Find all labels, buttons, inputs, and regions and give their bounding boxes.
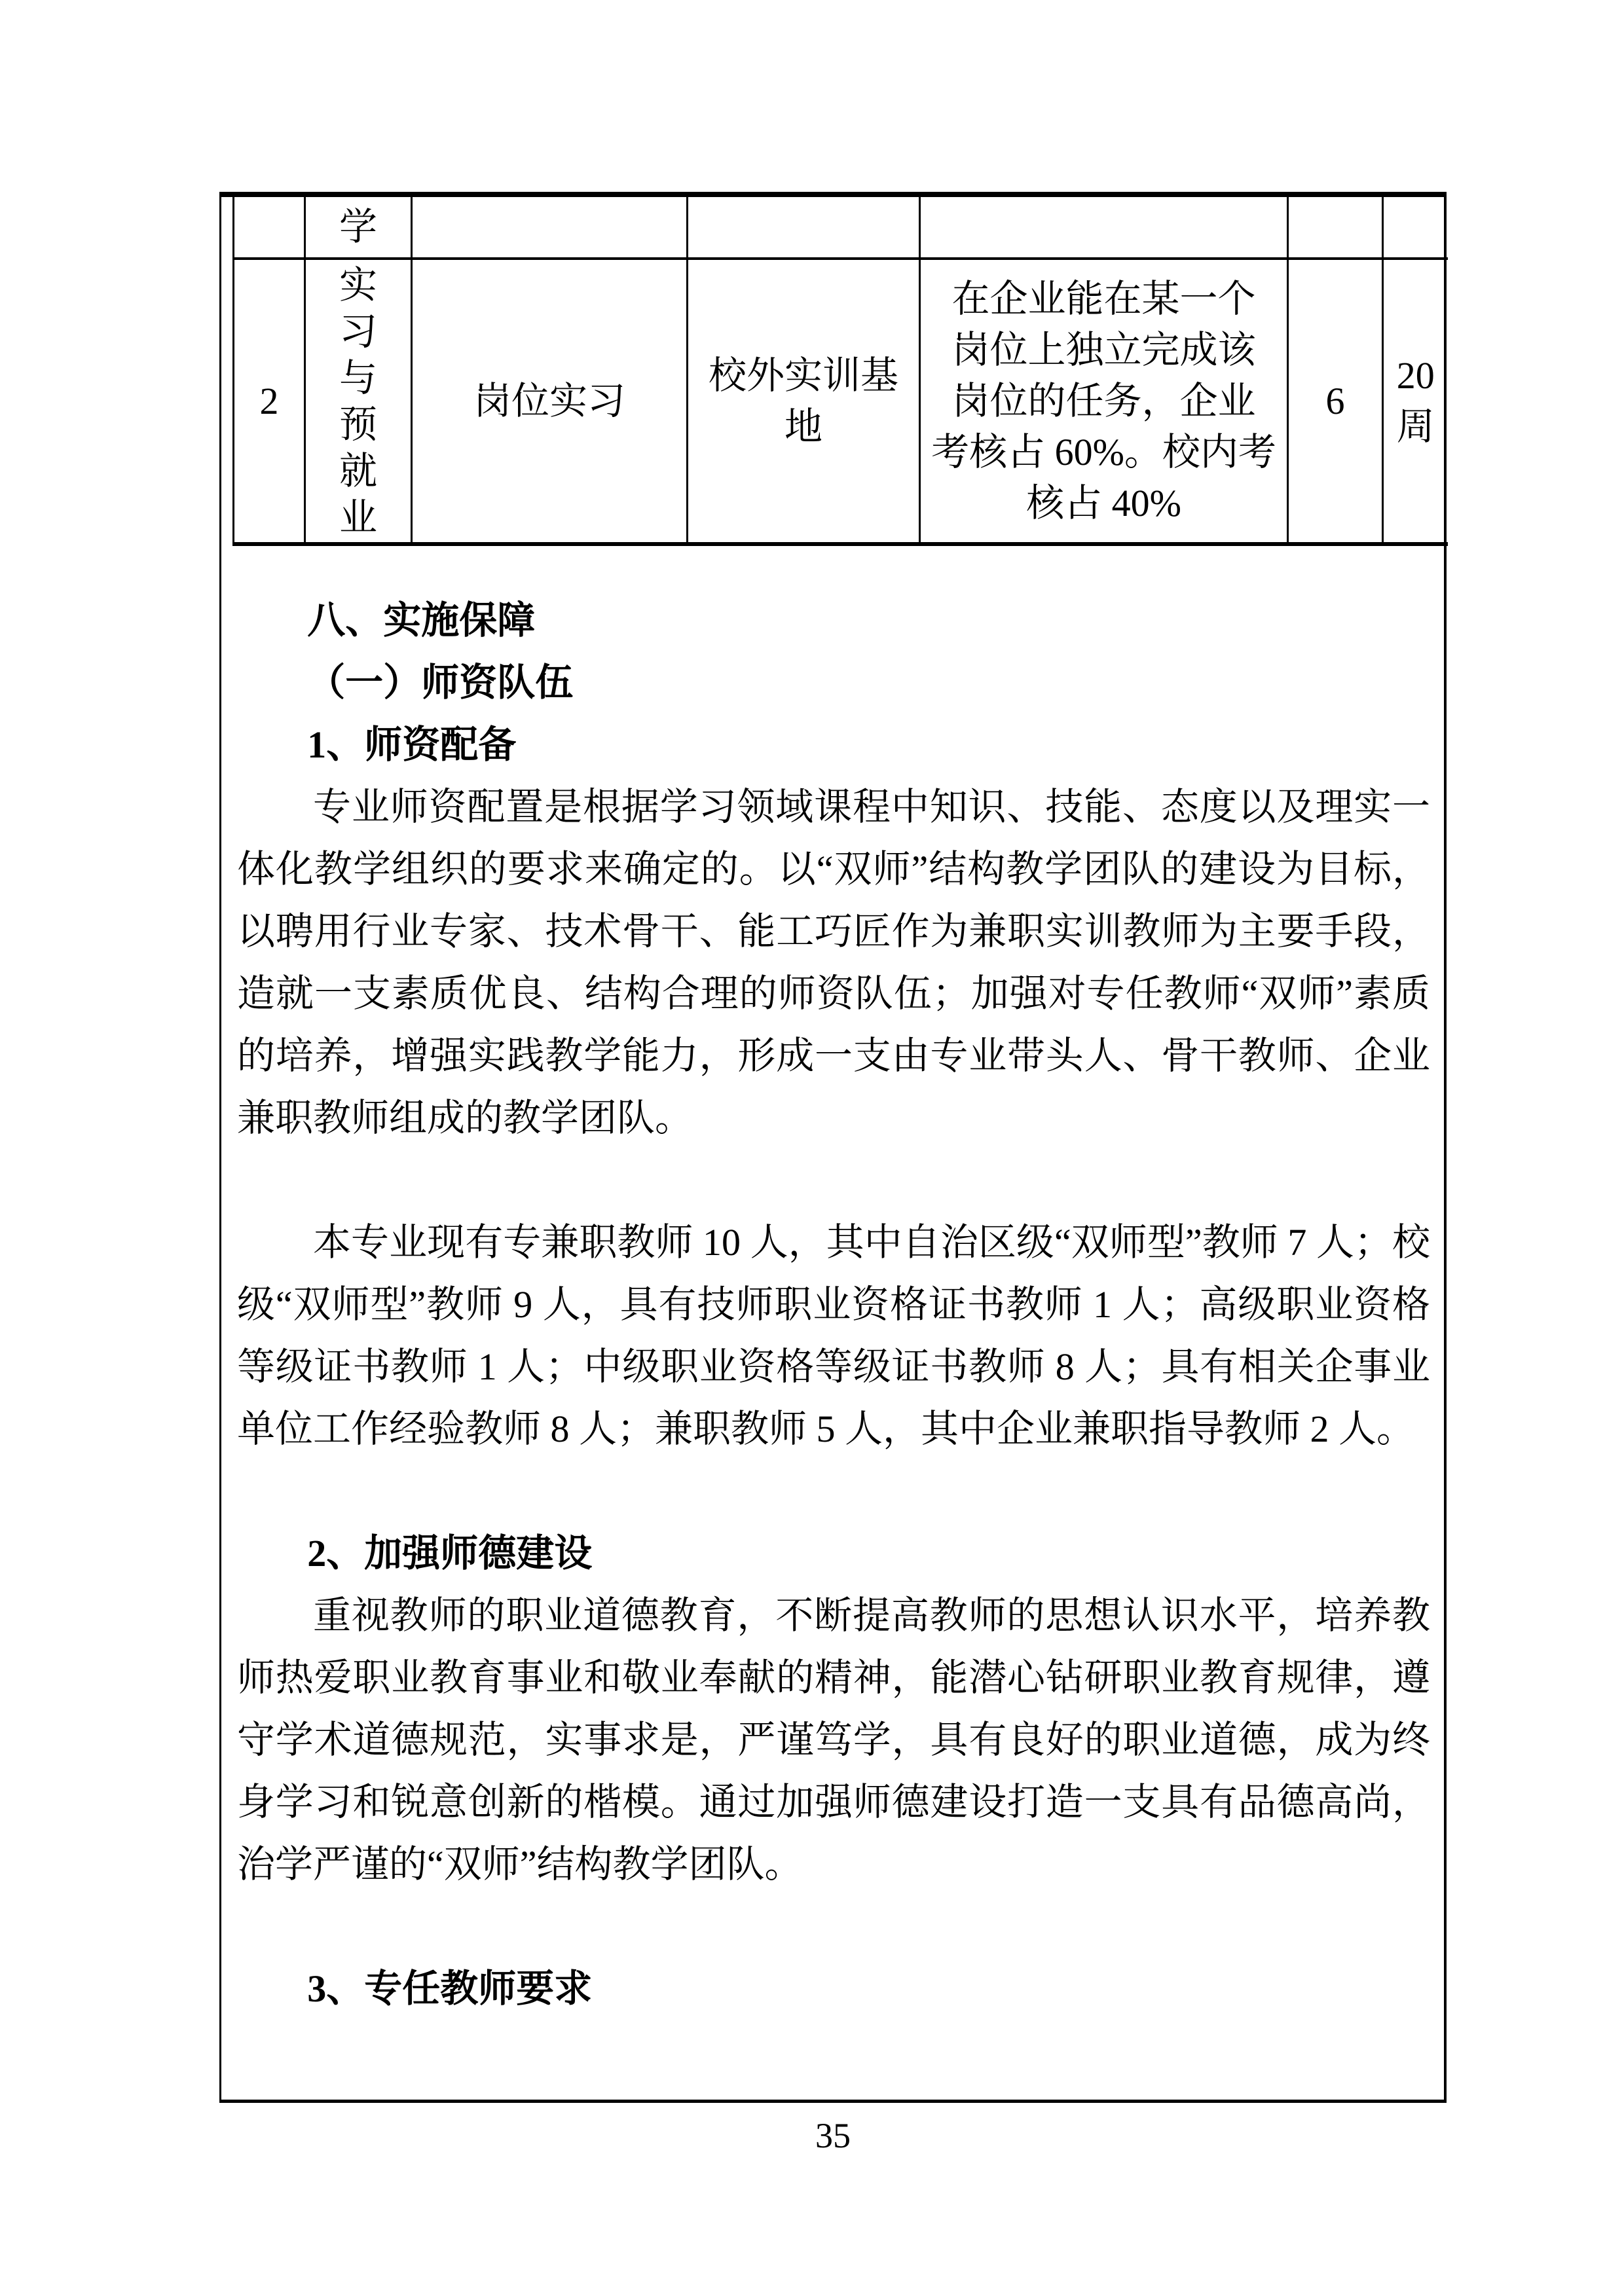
table-row: 2 实习与预就业 岗位实习 校外实训基地 在企业能在某一个 岗位上独立完成该 岗… (234, 259, 1448, 544)
weeks-cell (1383, 197, 1448, 259)
body-text: 八、实施保障 （一）师资队伍 1、师资配备 专业师资配置是根据学习领域课程中知识… (237, 589, 1430, 2020)
item-heading-fulltime-teacher-requirements: 3、专任教师要求 (237, 1958, 1430, 2020)
site-cell: 校外实训基地 (688, 259, 920, 544)
description-cell (920, 197, 1288, 259)
stage-vertical-text: 实习与预就业 (339, 262, 378, 541)
description-text: 在企业能在某一个 岗位上独立完成该 岗位的任务，企业 考核占 60%。校内考 核… (923, 274, 1284, 529)
weeks-text: 20 周 (1386, 350, 1445, 452)
weeks-cell: 20 周 (1383, 259, 1448, 544)
paragraph-teacher-ethics: 重视教师的职业道德教育，不断提高教师的思想认识水平，培养教师热爱职业教育事业和敬… (237, 1584, 1430, 1895)
subsection-heading-teaching-staff: （一）师资队伍 (237, 651, 1430, 714)
hours-cell (1288, 197, 1383, 259)
item-heading-staff-allocation: 1、师资配备 (237, 714, 1430, 776)
hours-cell: 6 (1288, 259, 1383, 544)
item-heading-teacher-ethics: 2、加强师德建设 (237, 1522, 1430, 1584)
paragraph-staff-allocation: 专业师资配置是根据学习领域课程中知识、技能、态度以及理实一体化教学组织的要求来确… (237, 776, 1430, 1149)
site-cell (688, 197, 920, 259)
internship-schedule-table: 学 2 实习与预就业 岗位实习 校外实训基地 在企业能在某一个 岗位上独立完成该… (232, 197, 1448, 546)
course-cell (412, 197, 688, 259)
description-cell: 在企业能在某一个 岗位上独立完成该 岗位的任务，企业 考核占 60%。校内考 核… (920, 259, 1288, 544)
table-row-continuation: 学 (234, 197, 1448, 259)
seq-cell (234, 197, 305, 259)
document-page: { "document": { "table": { "continuation… (0, 0, 1624, 2296)
section-heading-implementation-guarantee: 八、实施保障 (237, 589, 1430, 651)
paragraph-staff-statistics: 本专业现有专兼职教师 10 人，其中自治区级“双师型”教师 7 人；校级“双师型… (237, 1211, 1430, 1460)
course-cell: 岗位实习 (412, 259, 688, 544)
stage-cell: 学 (305, 197, 412, 259)
seq-cell: 2 (234, 259, 305, 544)
stage-cell: 实习与预就业 (305, 259, 412, 544)
page-number: 35 (219, 2116, 1447, 2155)
site-text: 校外实训基地 (705, 350, 902, 452)
